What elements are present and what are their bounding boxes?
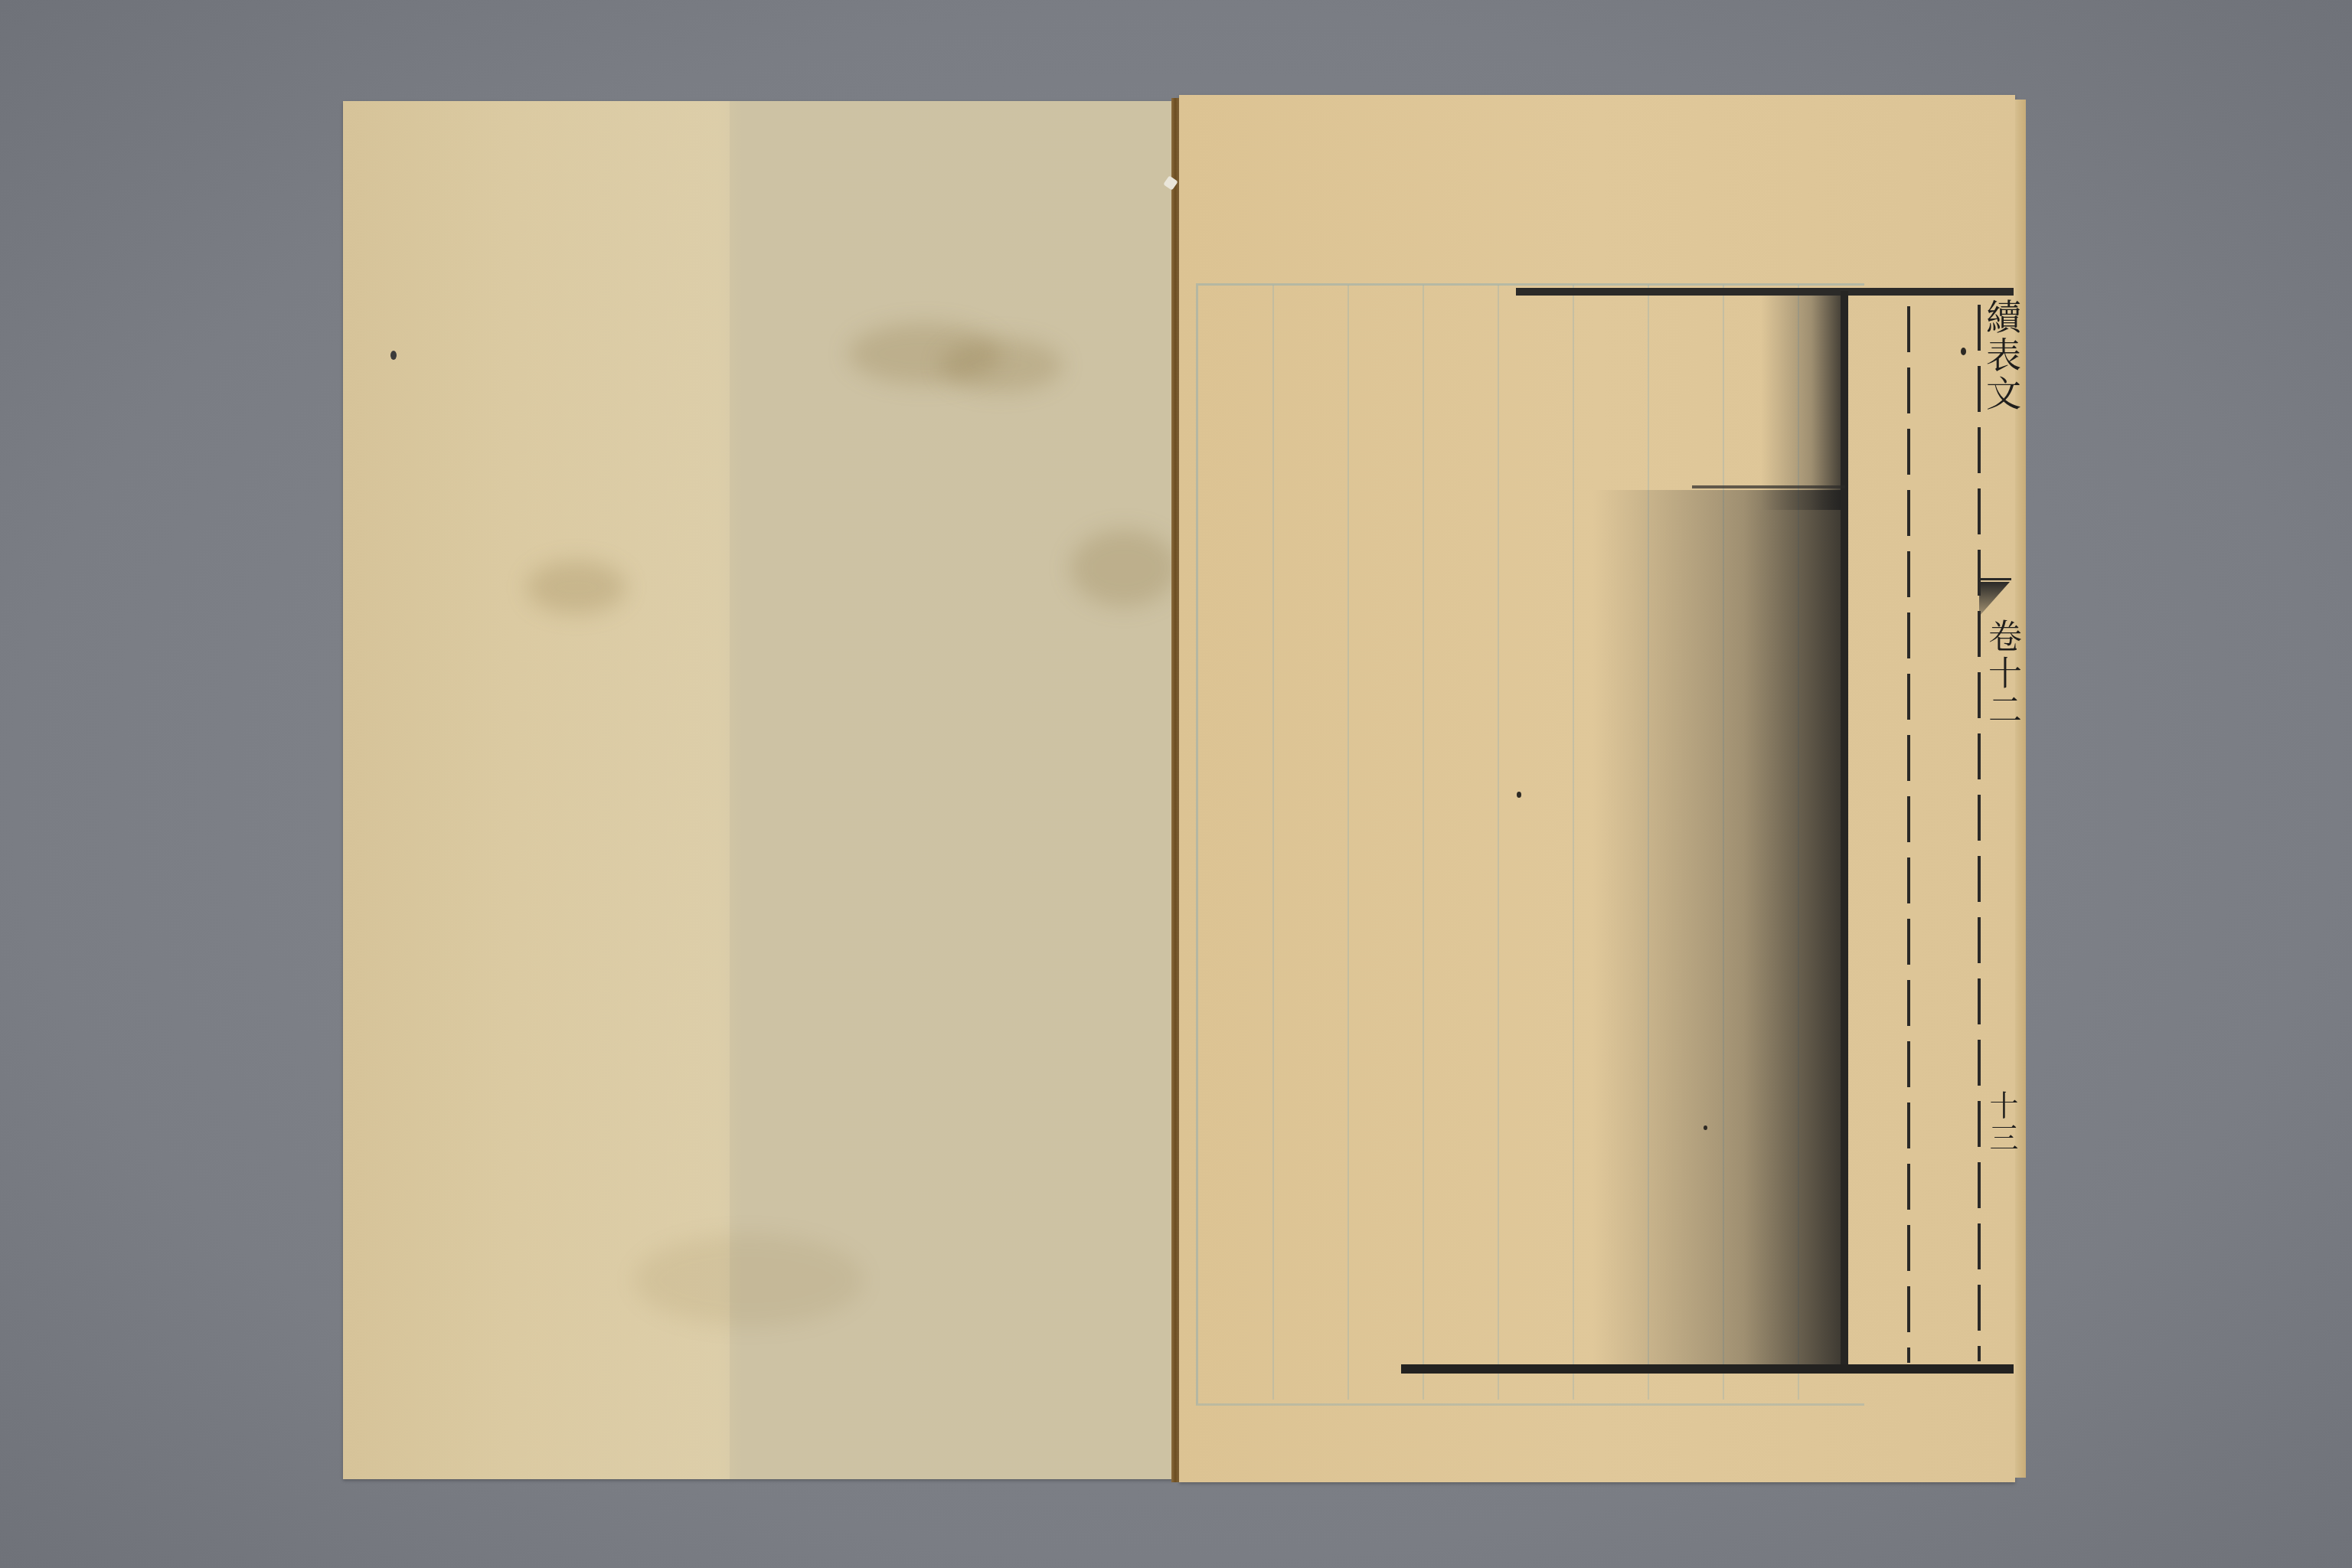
wormhole	[390, 351, 397, 360]
bleed-through-rule	[1498, 285, 1499, 1400]
ink-smudge	[1592, 490, 1845, 1370]
margin-volume: 卷十二	[1986, 619, 2020, 729]
ink-frame-step	[1692, 485, 1845, 488]
bleed-through-rule	[1573, 285, 1574, 1400]
margin-rule-left	[1907, 306, 1910, 1363]
ink-frame-top	[1516, 288, 2014, 296]
water-stain	[527, 560, 626, 614]
margin-rule-right	[1978, 305, 1981, 1361]
ink-frame-vertical	[1841, 291, 1848, 505]
left-page	[343, 101, 1174, 1479]
ink-spot	[1704, 1125, 1707, 1130]
fish-tail-divider	[1981, 578, 2011, 580]
ink-spot	[1961, 348, 1966, 355]
margin-page-number: 十三	[1986, 1090, 2020, 1155]
ink-frame-vertical	[1841, 490, 1848, 1370]
margin-title: 續表文	[1986, 299, 2020, 413]
book-gutter	[1171, 98, 1179, 1482]
bleed-through-rule	[1423, 285, 1424, 1400]
ink-smudge	[1761, 296, 1845, 510]
bleed-through-rule	[1347, 285, 1349, 1400]
ink-frame-bottom	[1401, 1364, 2014, 1374]
bleed-through-rule	[1272, 285, 1274, 1400]
ink-spot	[1517, 792, 1521, 798]
water-stain	[634, 1234, 864, 1326]
water-stain	[1070, 530, 1178, 606]
water-stain	[940, 338, 1063, 392]
